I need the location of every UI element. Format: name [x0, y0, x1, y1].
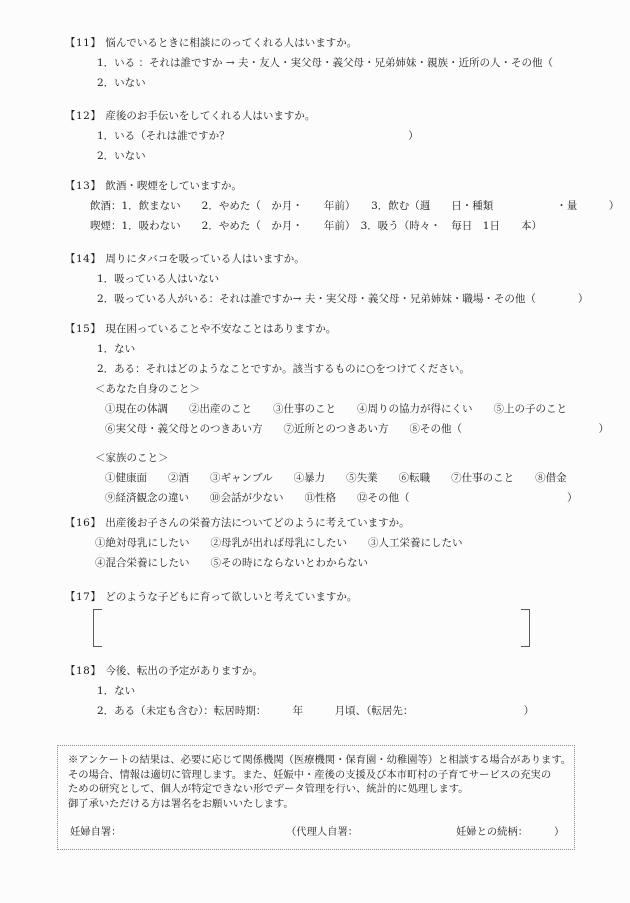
consent-line-1: ※アンケートの結果は、必要に応じて関係機関（医療機関・保育園・幼稚園等）と相談す…: [68, 753, 564, 768]
questionnaire-page: 【11】悩んでいるときに相談にのってくれる人はいますか。 1．いる ：それは誰で…: [0, 0, 630, 903]
question-17-free-answer-area: [93, 609, 530, 647]
consent-box: ※アンケートの結果は、必要に応じて関係機関（医療機関・保育園・幼稚園等）と相談す…: [57, 745, 575, 850]
question-18-option-1: 1．ない: [65, 681, 612, 701]
question-12-option-2: 2．いない: [65, 146, 612, 166]
question-14-option-1: 1．吸っている人はいない: [65, 269, 612, 289]
consent-line-3: ための研究として、個人が特定できない形でデータ管理を行い、統計的に処理します。: [68, 782, 564, 797]
question-17-title: 【17】どのような子どもに育って欲しいと考えていますか。: [65, 587, 612, 607]
question-11-option-1: 1．いる ：それは誰ですか → 夫・友人・実父母・義父母・兄弟姉妹・親族・近所の…: [65, 53, 612, 73]
signature-close-paren: ）: [554, 824, 564, 840]
signature-proxy-label: （代理人自署：: [286, 824, 358, 840]
question-15-family-items-row-2: ⑨経済観念の違い ⑩会話が少ない ⑪性格 ⑫その他（ ）: [65, 488, 612, 508]
question-18-title: 【18】今後、転出の予定がありますか。: [65, 661, 612, 681]
question-15-option-2: 2．ある：それはどのようなことですか。該当するものに○をつけてください。: [65, 359, 612, 379]
question-11-number: 【11】: [65, 37, 101, 49]
signature-pregnant-label: 妊婦自署：: [70, 824, 121, 840]
question-13-title-text: 飲酒・喫煙をしていますか。: [105, 180, 242, 192]
question-16-number: 【16】: [65, 517, 101, 529]
question-13: 【13】飲酒・喫煙をしていますか。 飲酒：1．飲まない 2．やめた（ か月・ 年…: [65, 176, 612, 236]
question-12-number: 【12】: [65, 110, 101, 122]
question-15-section-self: ＜あなた自身のこと＞: [65, 379, 612, 399]
question-18-option-2: 2．ある（未定も含む）：転居時期： 年 月頃、（転居先： ）: [65, 701, 612, 721]
question-12: 【12】産後のお手伝いをしてくれる人はいますか。 1．いる（それは誰ですか？ ）…: [65, 106, 612, 166]
question-15-section-family: ＜家族のこと＞: [65, 448, 612, 468]
question-14: 【14】周りにタバコを吸っている人はいますか。 1．吸っている人はいない 2．吸…: [65, 249, 612, 309]
question-14-option-2: 2．吸っている人がいる：それは誰ですか→ 夫・実父母・義父母・兄弟姉妹・職場・そ…: [65, 289, 612, 309]
question-17-number: 【17】: [65, 591, 101, 603]
signature-relation-label: 妊婦との続柄：: [456, 824, 528, 840]
question-13-smoking-row: 喫煙：1．吸わない 2．やめた（ か月・ 年前） 3．吸う（時々・ 毎日 1日 …: [65, 216, 612, 236]
consent-line-4: 御了承いただける方は署名をお願いいたします。: [68, 797, 564, 812]
bracket-right-icon: [521, 609, 530, 647]
question-11: 【11】悩んでいるときに相談にのってくれる人はいますか。 1．いる ：それは誰で…: [65, 33, 612, 93]
question-14-title: 【14】周りにタバコを吸っている人はいますか。: [65, 249, 612, 269]
question-13-drinking-row: 飲酒：1．飲まない 2．やめた（ か月・ 年前） 3．飲む（週 日・種類 ・量 …: [65, 196, 612, 216]
question-18-number: 【18】: [65, 665, 101, 677]
bracket-left-icon: [93, 609, 102, 647]
question-16-title-text: 出産後お子さんの栄養方法についてどのように考えていますか。: [105, 517, 409, 529]
question-15-number: 【15】: [65, 323, 101, 335]
question-14-number: 【14】: [65, 253, 101, 265]
question-16-title: 【16】出産後お子さんの栄養方法についてどのように考えていますか。: [65, 513, 612, 533]
question-14-title-text: 周りにタバコを吸っている人はいますか。: [105, 253, 304, 265]
question-13-number: 【13】: [65, 180, 101, 192]
question-15-self-items-row-2: ⑥実父母・義父母とのつきあい方 ⑦近所とのつきあい方 ⑧その他（ ）: [65, 419, 612, 439]
question-12-option-1: 1．いる（それは誰ですか？ ）: [65, 126, 612, 146]
question-18: 【18】今後、転出の予定がありますか。 1．ない 2．ある（未定も含む）：転居時…: [65, 661, 612, 721]
question-15-family-items-row-1: ①健康面 ②酒 ③ギャンブル ④暴力 ⑤失業 ⑥転職 ⑦仕事のこと ⑧借金: [65, 468, 612, 488]
question-16-items-row-2: ④混合栄養にしたい ⑤その時にならないとわからない: [65, 553, 612, 573]
question-11-title: 【11】悩んでいるときに相談にのってくれる人はいますか。: [65, 33, 612, 53]
question-17-title-text: どのような子どもに育って欲しいと考えていますか。: [105, 591, 357, 603]
question-11-option-2: 2．いない: [65, 73, 612, 93]
question-15: 【15】現在困っていることや不安なことはありますか。 1．ない 2．ある：それは…: [65, 319, 612, 508]
question-13-title: 【13】飲酒・喫煙をしていますか。: [65, 176, 612, 196]
question-16: 【16】出産後お子さんの栄養方法についてどのように考えていますか。 ①絶対母乳に…: [65, 513, 612, 573]
signature-row: 妊婦自署： （代理人自署： 妊婦との続柄： ）: [68, 824, 564, 840]
question-12-title-text: 産後のお手伝いをしてくれる人はいますか。: [105, 110, 315, 122]
consent-line-2: その場合、情報は適切に管理します。また、妊娠中・産後の支援及び本市町村の子育てサ…: [68, 768, 564, 783]
question-17: 【17】どのような子どもに育って欲しいと考えていますか。: [65, 587, 612, 647]
question-18-title-text: 今後、転出の予定がありますか。: [105, 665, 263, 677]
question-15-title-text: 現在困っていることや不安なことはありますか。: [105, 323, 336, 335]
question-15-self-items-row-1: ①現在の体調 ②出産のこと ③仕事のこと ④周りの協力が得にくい ⑤上の子のこと: [65, 399, 612, 419]
question-15-option-1: 1．ない: [65, 339, 612, 359]
question-11-title-text: 悩んでいるときに相談にのってくれる人はいますか。: [105, 37, 357, 49]
question-12-title: 【12】産後のお手伝いをしてくれる人はいますか。: [65, 106, 612, 126]
question-15-title: 【15】現在困っていることや不安なことはありますか。: [65, 319, 612, 339]
question-16-items-row-1: ①絶対母乳にしたい ②母乳が出れば母乳にしたい ③人工栄養にしたい: [65, 533, 612, 553]
